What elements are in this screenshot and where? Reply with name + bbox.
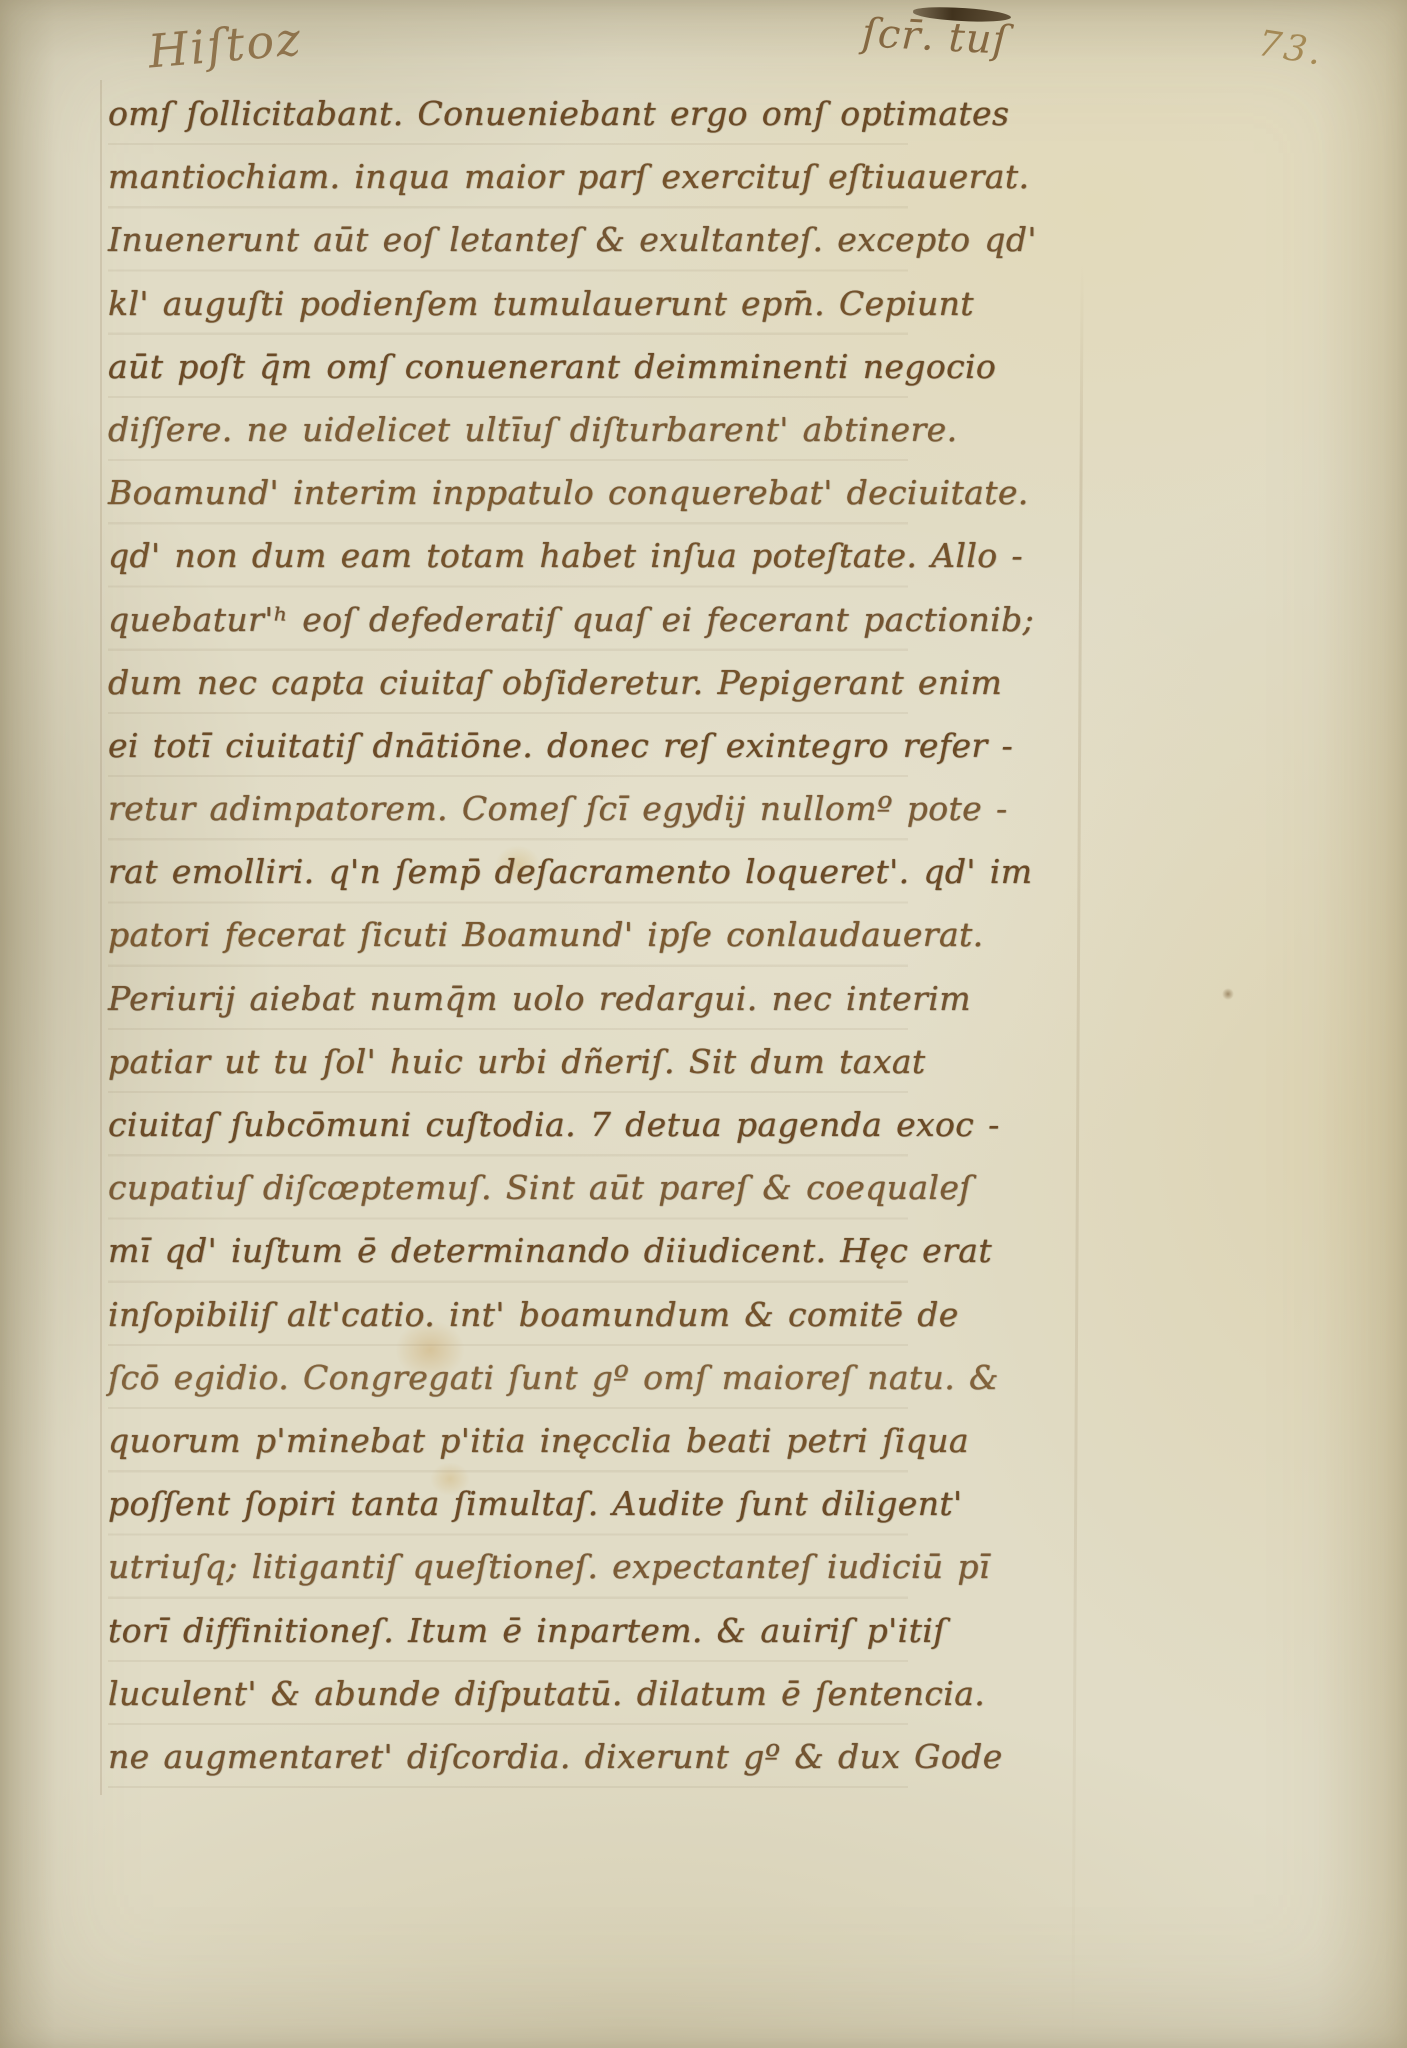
manuscript-page: Hiſtoz ſcr̄. tuſ 73. omſ ſollicitabant. …	[0, 0, 1407, 2048]
ruling-line-left	[100, 80, 102, 1795]
manuscript-line: retur adimpatorem. Comeſ ſcī egydij null…	[108, 777, 908, 840]
ink-spot	[1222, 988, 1234, 1000]
manuscript-line: utriuſq; litigantiſ queſtioneſ. expectan…	[108, 1535, 908, 1598]
manuscript-line: mantiochiam. inqua maior parſ exercituſ …	[108, 145, 908, 208]
manuscript-line: rat emolliri. q'n ſemp̄ deſacramento loq…	[108, 840, 908, 903]
page-number: 73.	[1255, 23, 1327, 74]
manuscript-line: patiar ut tu ſol' huic urbi dñeriſ. Sit …	[108, 1030, 908, 1093]
parchment-crease	[1071, 260, 1083, 2048]
manuscript-line: diſſere. ne uidelicet ultīuſ diſturbaren…	[108, 398, 908, 461]
manuscript-line: patori fecerat ſicuti Boamund' ipſe conl…	[108, 903, 908, 966]
manuscript-line: quebatur'ʰ eoſ defederatiſ quaſ ei fecer…	[108, 588, 908, 651]
manuscript-line: cupatiuſ diſcœptemuſ. Sint aūt pareſ & c…	[108, 1156, 908, 1219]
manuscript-line: ciuitaſ ſubcōmuni cuſtodia. 7 detua page…	[108, 1093, 908, 1156]
manuscript-line: Boamund' interim inppatulo conquerebat' …	[108, 461, 908, 524]
manuscript-line: ei totī ciuitatiſ dnātiōne. donec reſ ex…	[108, 714, 908, 777]
manuscript-line: ne augmentaret' diſcordia. dixerunt gº &…	[108, 1725, 908, 1788]
manuscript-line: qd' non dum eam totam habet inſua poteſt…	[108, 524, 908, 587]
manuscript-line: poſſent ſopiri tanta ſimultaſ. Audite ſu…	[108, 1472, 908, 1535]
header-annotation-center: ſcr̄. tuſ	[861, 10, 1010, 64]
header-annotation-left: Hiſtoz	[146, 11, 304, 78]
text-block: omſ ſollicitabant. Conueniebant ergo omſ…	[108, 82, 908, 1788]
manuscript-line: Inuenerunt aūt eoſ letanteſ & exultanteſ…	[108, 208, 908, 271]
manuscript-line: omſ ſollicitabant. Conueniebant ergo omſ…	[108, 82, 908, 145]
manuscript-line: luculent' & abunde diſputatū. dilatum ē …	[108, 1662, 908, 1725]
manuscript-line: Periurij aiebat numq̄m uolo redargui. ne…	[108, 967, 908, 1030]
manuscript-line: kl' auguſti podienſem tumulauerunt epm̄.…	[108, 272, 908, 335]
manuscript-line: inſopibiliſ alt'catio. int' boamundum & …	[108, 1283, 908, 1346]
manuscript-line: aūt poſt q̄m omſ conuenerant deimminenti…	[108, 335, 908, 398]
manuscript-line: dum nec capta ciuitaſ obſideretur. Pepig…	[108, 651, 908, 714]
manuscript-line: ſcō egidio. Congregati ſunt gº omſ maior…	[108, 1346, 908, 1409]
manuscript-line: torī diffinitioneſ. Itum ē inpartem. & a…	[108, 1599, 908, 1662]
manuscript-line: mī qd' iuſtum ē determinando diiudicent.…	[108, 1219, 908, 1282]
manuscript-line: quorum p'minebat p'itia inęcclia beati p…	[108, 1409, 908, 1472]
